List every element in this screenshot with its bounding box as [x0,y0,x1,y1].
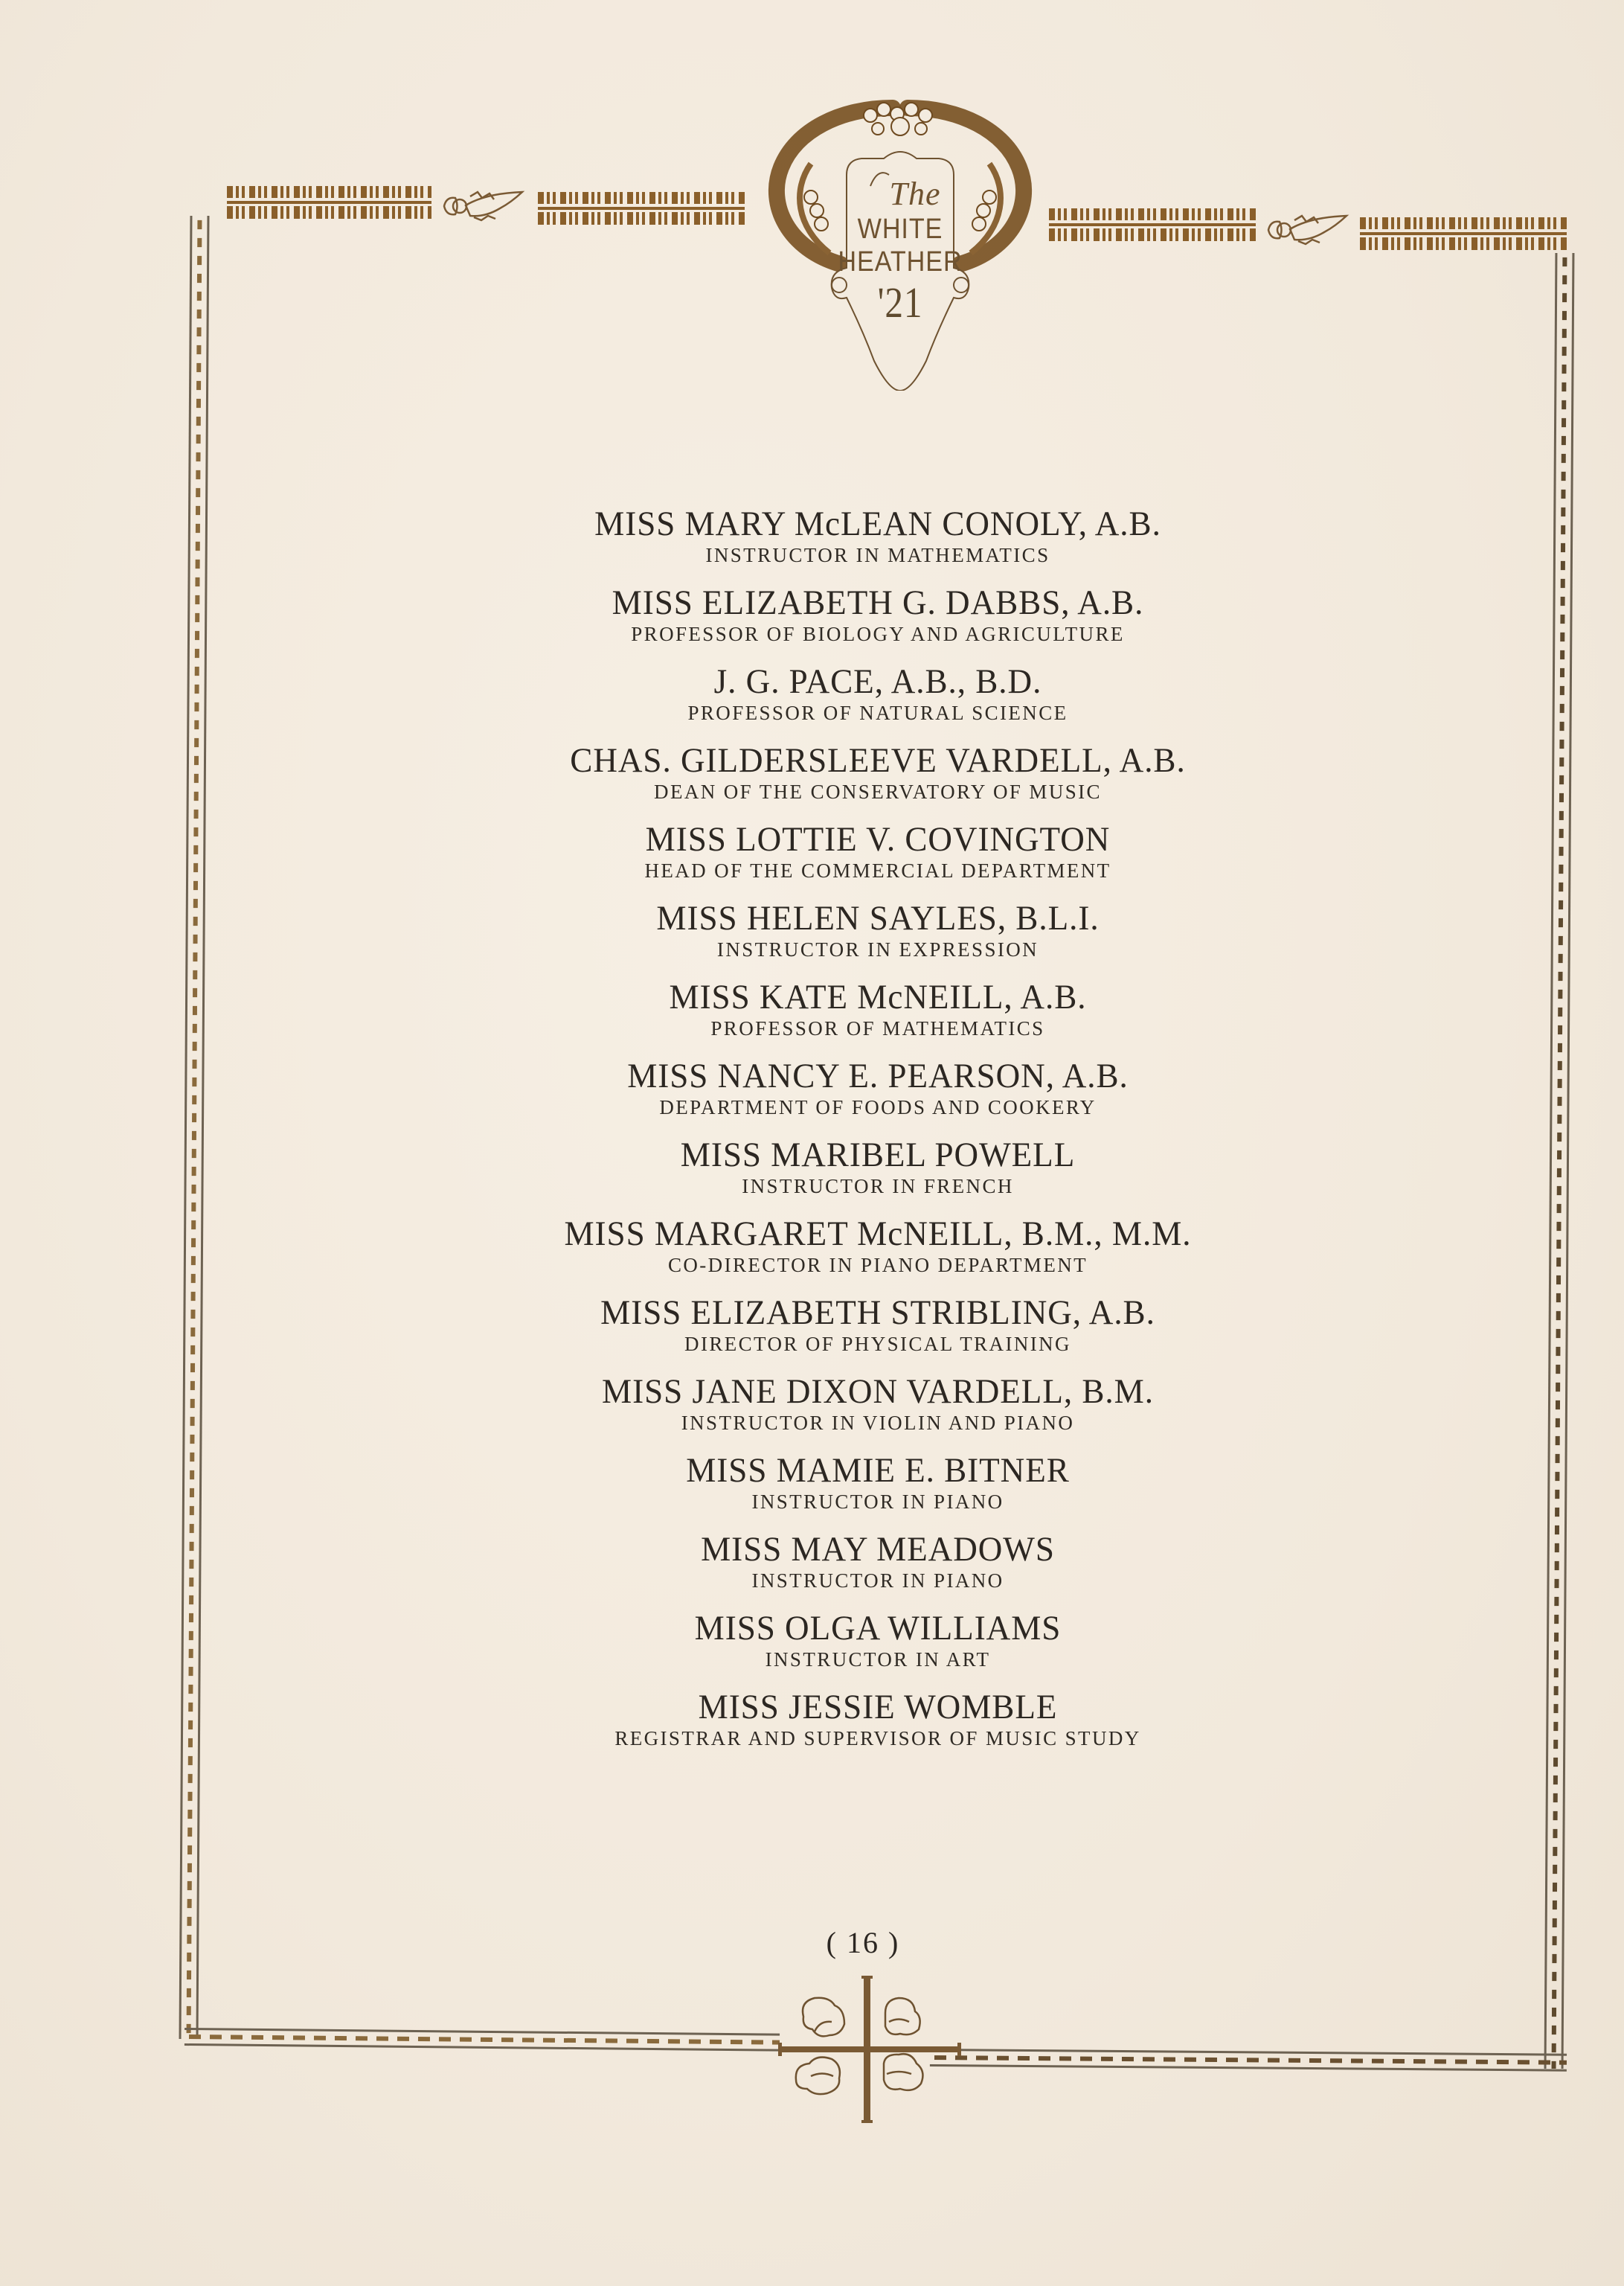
faculty-entry: MISS MAY MEADOWS INSTRUCTOR IN PIANO [446,1530,1309,1592]
faculty-title: PROFESSOR OF BIOLOGY AND AGRICULTURE [446,622,1309,646]
white-heather-crest: The WHITE HEATHER '21 [759,93,1042,391]
crest-white-text: WHITE [773,214,1027,246]
greek-key-border-icon [227,186,431,219]
crest-year-text: '21 [780,278,1021,327]
faculty-entry: MISS MARGARET McNEILL, B.M., M.M. CO-DIR… [446,1214,1309,1277]
faculty-name: MISS MARY McLEAN CONOLY, A.B. [463,505,1292,543]
faculty-name: MISS OLGA WILLIAMS [463,1609,1292,1648]
faculty-name: MISS ELIZABETH G. DABBS, A.B. [463,583,1292,622]
faculty-title: INSTRUCTOR IN FRENCH [446,1174,1309,1198]
cross-blossom-ornament-icon [774,1976,967,2125]
thistle-sprig-icon [440,188,526,225]
faculty-entry: MISS MARIBEL POWELL INSTRUCTOR IN FRENCH [446,1136,1309,1198]
greek-key-border-icon [1049,208,1256,241]
faculty-name: MISS NANCY E. PEARSON, A.B. [463,1057,1292,1095]
faculty-name: MISS ELIZABETH STRIBLING, A.B. [463,1293,1292,1332]
faculty-name: CHAS. GILDERSLEEVE VARDELL, A.B. [463,741,1292,780]
greek-key-border-icon [538,192,745,225]
faculty-name: MISS MAMIE E. BITNER [463,1451,1292,1490]
page-number: ( 16 ) [789,1925,937,1960]
faculty-name: J. G. PACE, A.B., B.D. [463,662,1292,701]
faculty-entry: MISS ELIZABETH STRIBLING, A.B. DIRECTOR … [446,1293,1309,1356]
faculty-title: DIRECTOR OF PHYSICAL TRAINING [446,1332,1309,1356]
faculty-title: INSTRUCTOR IN ART [446,1648,1309,1671]
faculty-title: INSTRUCTOR IN MATHEMATICS [446,543,1309,567]
faculty-name: MISS HELEN SAYLES, B.L.I. [463,899,1292,938]
faculty-title: REGISTRAR AND SUPERVISOR OF MUSIC STUDY [446,1726,1309,1750]
faculty-entry: MISS LOTTIE V. COVINGTON HEAD OF THE COM… [446,820,1309,883]
faculty-entry: MISS HELEN SAYLES, B.L.I. INSTRUCTOR IN … [446,899,1309,961]
faculty-entry: MISS ELIZABETH G. DABBS, A.B. PROFESSOR … [446,583,1309,646]
faculty-name: MISS MAY MEADOWS [463,1530,1292,1569]
faculty-name: MISS JESSIE WOMBLE [463,1688,1292,1726]
faculty-entry: MISS MARY McLEAN CONOLY, A.B. INSTRUCTOR… [446,505,1309,567]
faculty-name: MISS JANE DIXON VARDELL, B.M. [463,1372,1292,1411]
faculty-title: PROFESSOR OF MATHEMATICS [446,1016,1309,1040]
faculty-entry: MISS NANCY E. PEARSON, A.B. DEPARTMENT O… [446,1057,1309,1119]
greek-key-border-icon [1360,217,1567,250]
faculty-name: MISS KATE McNEILL, A.B. [463,978,1292,1016]
crest-heather-text: HEATHER [773,246,1027,278]
faculty-entry: MISS OLGA WILLIAMS INSTRUCTOR IN ART [446,1609,1309,1671]
faculty-entry: MISS JESSIE WOMBLE REGISTRAR AND SUPERVI… [446,1688,1309,1750]
faculty-name: MISS MARIBEL POWELL [463,1136,1292,1174]
faculty-entry: MISS JANE DIXON VARDELL, B.M. INSTRUCTOR… [446,1372,1309,1435]
faculty-title: INSTRUCTOR IN PIANO [446,1569,1309,1592]
faculty-title: INSTRUCTOR IN PIANO [446,1490,1309,1514]
faculty-title: DEPARTMENT OF FOODS AND COOKERY [446,1095,1309,1119]
thistle-sprig-icon [1265,211,1350,249]
faculty-entry: MISS MAMIE E. BITNER INSTRUCTOR IN PIANO [446,1451,1309,1514]
faculty-entry: J. G. PACE, A.B., B.D. PROFESSOR OF NATU… [446,662,1309,725]
crest-the-text: The [774,175,1056,213]
faculty-name: MISS LOTTIE V. COVINGTON [463,820,1292,859]
faculty-entry: CHAS. GILDERSLEEVE VARDELL, A.B. DEAN OF… [446,741,1309,804]
faculty-entry: MISS KATE McNEILL, A.B. PROFESSOR OF MAT… [446,978,1309,1040]
faculty-title: INSTRUCTOR IN EXPRESSION [446,938,1309,961]
faculty-roster: MISS MARY McLEAN CONOLY, A.B. INSTRUCTOR… [446,505,1309,1767]
faculty-title: INSTRUCTOR IN VIOLIN AND PIANO [446,1411,1309,1435]
faculty-title: HEAD OF THE COMMERCIAL DEPARTMENT [446,859,1309,883]
faculty-name: MISS MARGARET McNEILL, B.M., M.M. [463,1214,1292,1253]
faculty-title: DEAN OF THE CONSERVATORY OF MUSIC [446,780,1309,804]
faculty-title: CO-DIRECTOR IN PIANO DEPARTMENT [446,1253,1309,1277]
faculty-title: PROFESSOR OF NATURAL SCIENCE [446,701,1309,725]
